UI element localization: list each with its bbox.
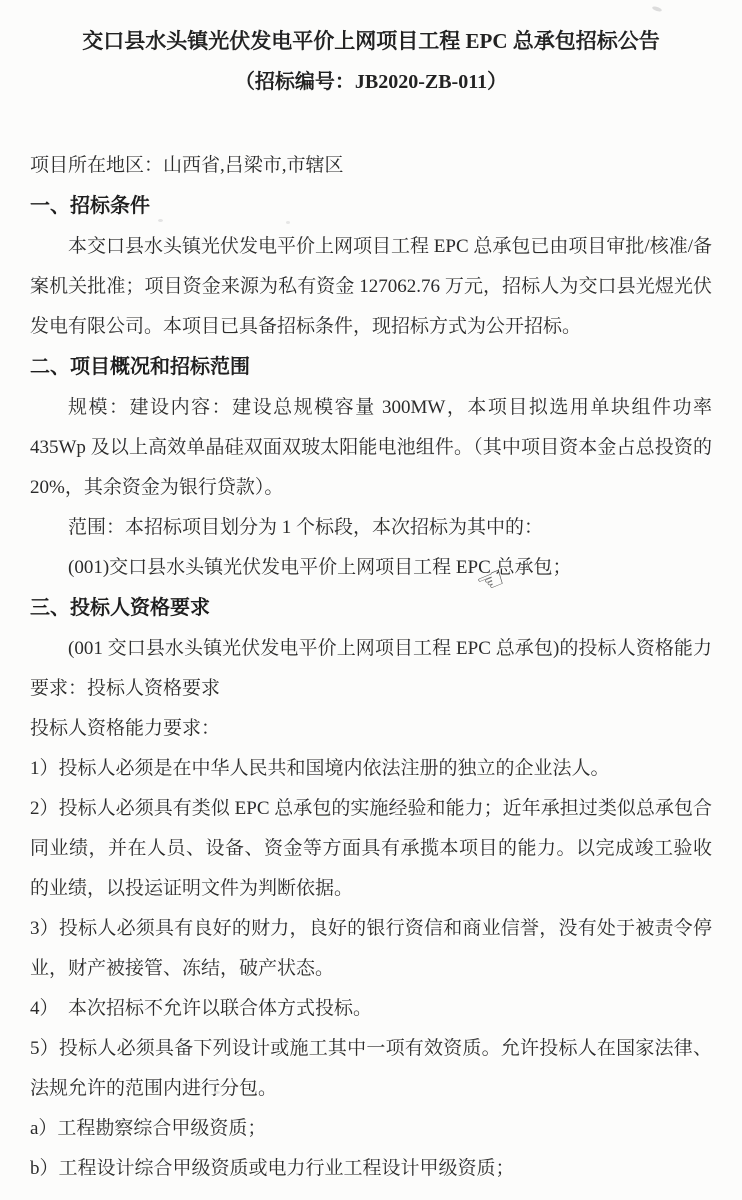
scan-artifact-speck xyxy=(286,221,290,224)
section-heading-project-overview: 二、项目概况和招标范围 xyxy=(30,347,712,388)
scanned-tender-document-page: 交口县水头镇光伏发电平价上网项目工程 EPC 总承包招标公告 （招标编号：JB2… xyxy=(0,0,742,1200)
scan-artifact-speck xyxy=(158,219,163,222)
document-content: 交口县水头镇光伏发电平价上网项目工程 EPC 总承包招标公告 （招标编号：JB2… xyxy=(0,0,742,1189)
project-location-line: 项目所在地区：山西省,吕梁市,市辖区 xyxy=(30,146,712,186)
para-requirement-4: 4） 本次招标不允许以联合体方式投标。 xyxy=(30,989,712,1029)
para-requirement-1: 1）投标人必须是在中华人民共和国境内依法注册的独立的企业法人。 xyxy=(30,749,712,789)
para-project-scale: 规模：建设内容：建设总规模容量 300MW，本项目拟选用单块组件功率 435Wp… xyxy=(30,388,712,508)
scan-artifact-speck xyxy=(214,1091,220,1094)
para-tender-scope: 范围：本招标项目划分为 1 个标段，本次招标为其中的： xyxy=(30,508,712,548)
para-bidding-conditions: 本交口县水头镇光伏发电平价上网项目工程 EPC 总承包已由项目审批/核准/备案机… xyxy=(30,227,712,347)
para-requirement-5b: b）工程设计综合甲级资质或电力行业工程设计甲级资质； xyxy=(30,1149,712,1189)
section-heading-bidding-conditions: 一、招标条件 xyxy=(30,186,712,227)
document-title: 交口县水头镇光伏发电平价上网项目工程 EPC 总承包招标公告 xyxy=(30,26,712,56)
para-qualification-label: 投标人资格能力要求： xyxy=(30,709,712,749)
para-lot-001: (001)交口县水头镇光伏发电平价上网项目工程 EPC 总承包； xyxy=(30,548,712,588)
para-requirement-5: 5）投标人必须具备下列设计或施工其中一项有效资质。允许投标人在国家法律、法规允许… xyxy=(30,1029,712,1109)
para-requirement-5a: a）工程勘察综合甲级资质； xyxy=(30,1109,712,1149)
para-requirement-3: 3）投标人必须具有良好的财力，良好的银行资信和商业信誉，没有处于被责令停业，财产… xyxy=(30,909,712,989)
tender-number-subtitle: （招标编号：JB2020-ZB-011） xyxy=(30,68,712,96)
section-heading-bidder-qualifications: 三、投标人资格要求 xyxy=(30,588,712,629)
para-requirement-2: 2）投标人必须具有类似 EPC 总承包的实施经验和能力；近年承担过类似总承包合同… xyxy=(30,789,712,909)
para-qualification-intro: (001 交口县水头镇光伏发电平价上网项目工程 EPC 总承包)的投标人资格能力… xyxy=(30,629,712,709)
